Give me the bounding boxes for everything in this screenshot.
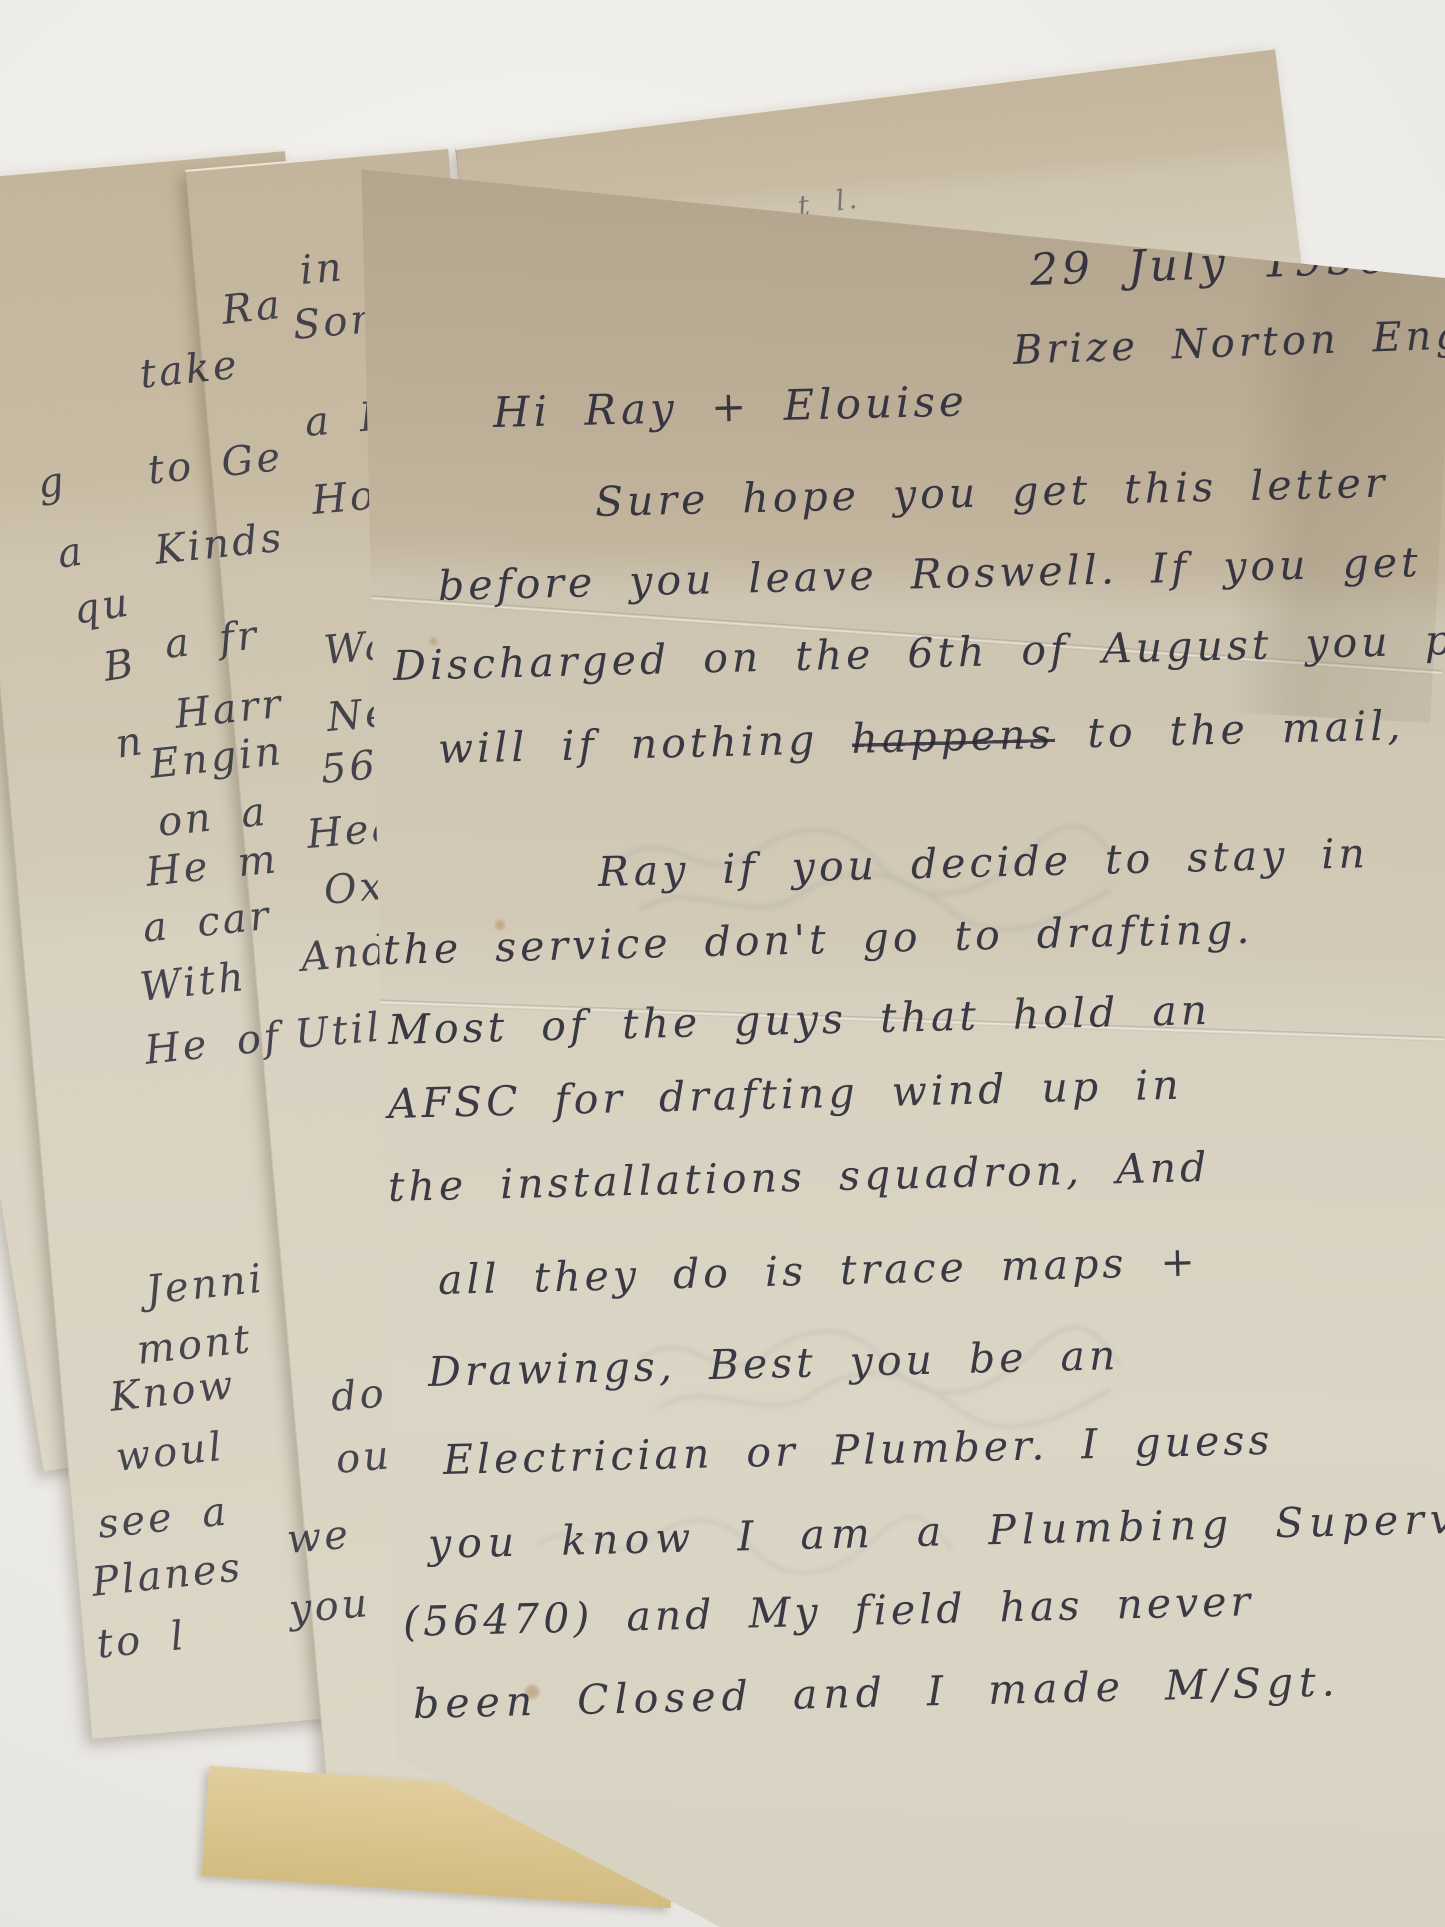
page-fragment: to l [95, 1613, 189, 1668]
handwriting-line: AFSC for drafting wind up in [387, 1061, 1183, 1128]
greeting-line: Hi Ray + Elouise [492, 376, 968, 437]
handwriting-line: the installations squadron, And [387, 1143, 1210, 1211]
handwriting-line: been Closed and I made M/Sgt. [412, 1657, 1341, 1728]
page-fragment: you [287, 1580, 372, 1633]
handwriting-line: will if nothing happens to the mail, [437, 701, 1404, 773]
page-fragment: Ra [220, 282, 285, 334]
struck-word: happens [851, 710, 1055, 763]
handwriting-segment: to the mail, [1054, 701, 1405, 758]
handwriting-segment: will if nothing [437, 715, 852, 773]
letters-photo: t l. g a qu B n Ra take to Ge Kinds a fr… [0, 0, 1445, 1927]
handwriting-line: the service don't go to drafting. [382, 905, 1254, 974]
page-fragment: a fr [163, 612, 262, 668]
handwriting-line: Most of the guys that hold an [387, 986, 1211, 1054]
page-fragment: qu [70, 579, 134, 633]
page-fragment: And [299, 927, 392, 981]
page-fragment: we [285, 1512, 353, 1563]
page-fragment: do [329, 1370, 388, 1421]
letter-page-top: 29 July 1956 Brize Norton England Hi Ray… [280, 150, 1445, 1927]
handwriting-line: Electrician or Plumber. I guess [442, 1416, 1274, 1484]
page-fragment: B [100, 640, 139, 691]
page-fragment: ou [334, 1432, 394, 1483]
